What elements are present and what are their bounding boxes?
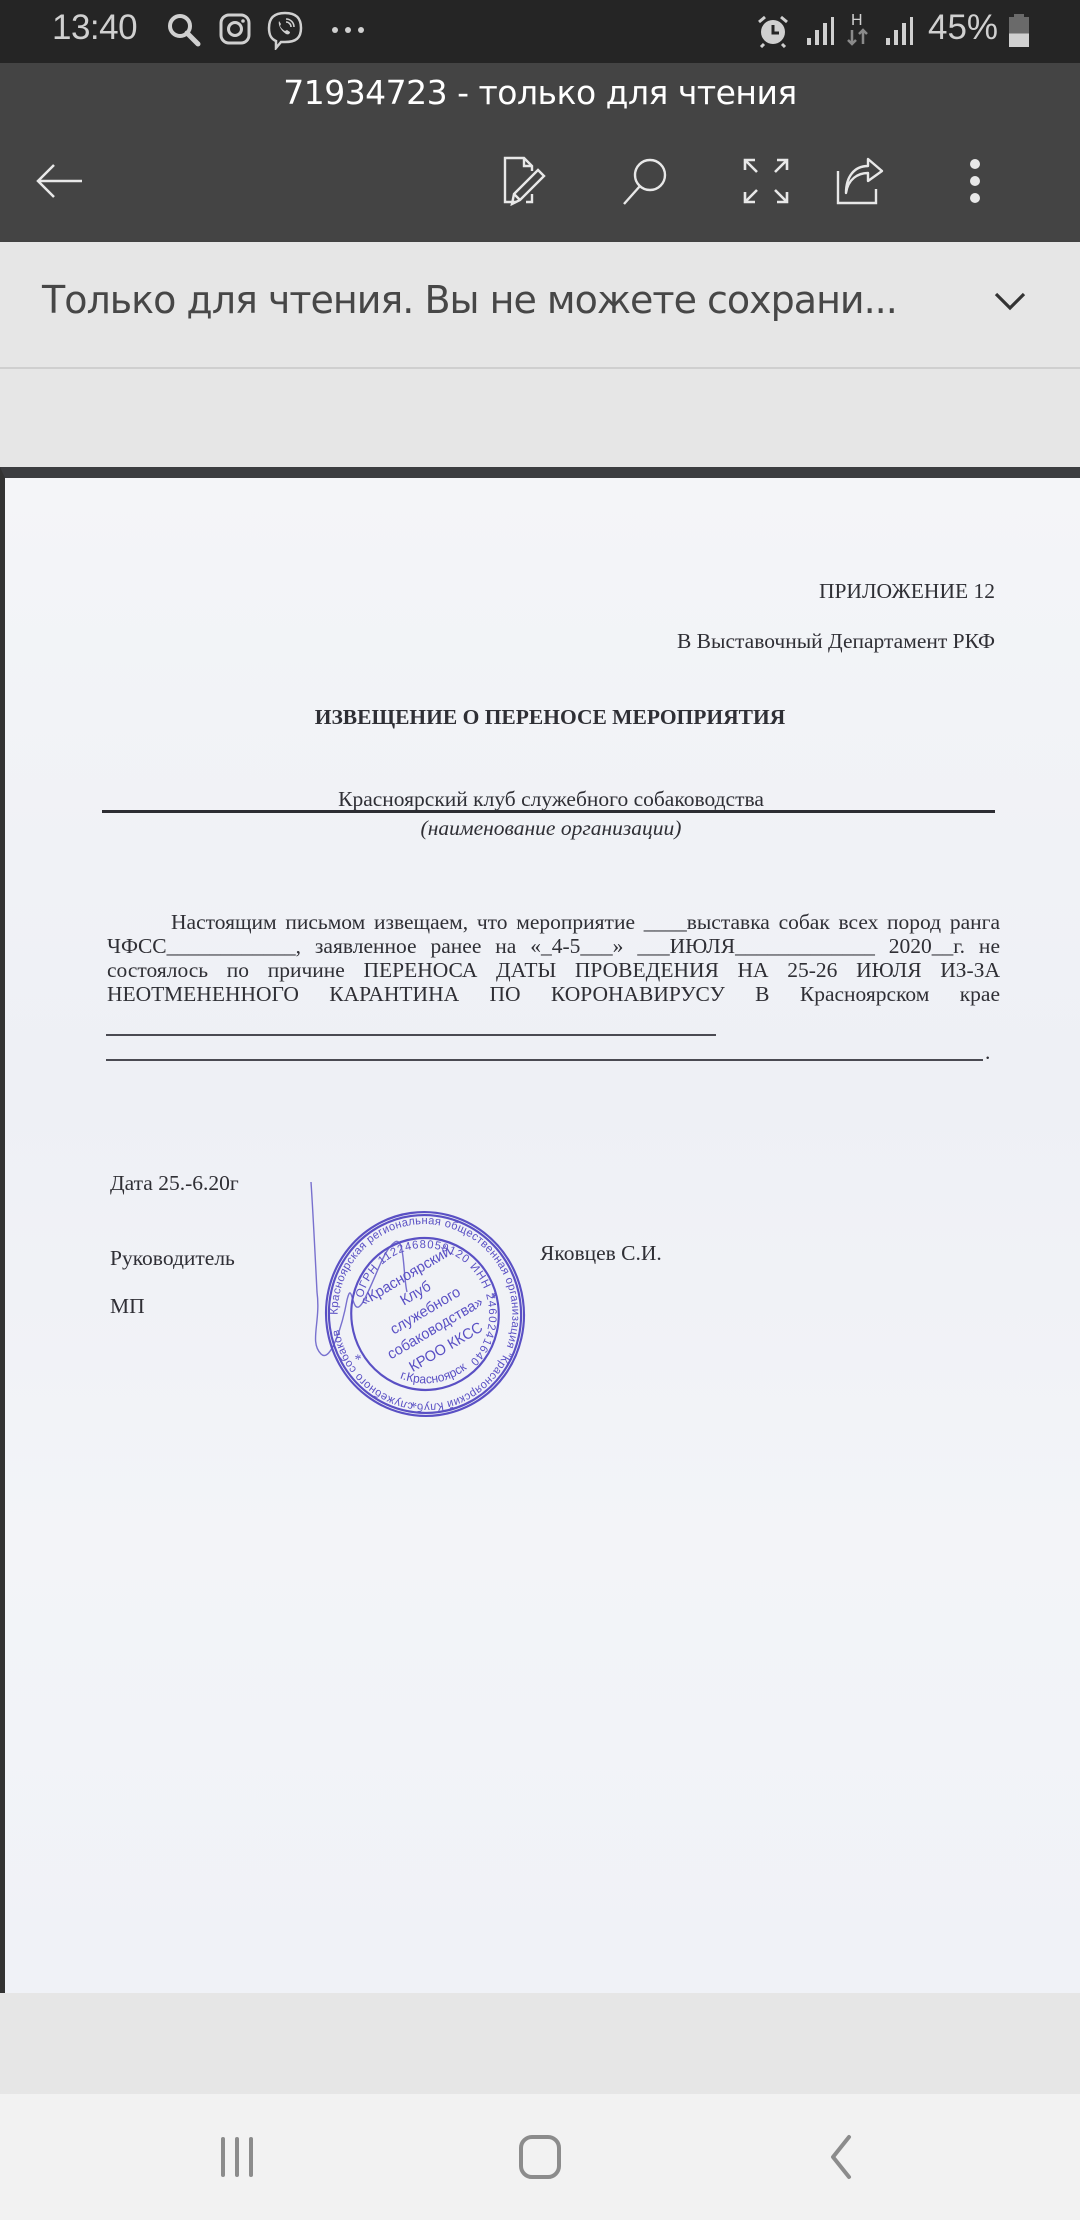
signal-icon (884, 16, 914, 51)
document-page: ПРИЛОЖЕНИЕ 12 В Выставочный Департамент … (0, 467, 1080, 1993)
more-options-button[interactable] (945, 153, 1005, 213)
back-chevron-icon (827, 2134, 857, 2185)
back-button[interactable] (30, 153, 90, 213)
viber-icon (266, 10, 304, 55)
blank-line (106, 1059, 983, 1061)
svg-text:H: H (851, 12, 863, 29)
back-arrow-icon (34, 161, 86, 206)
instagram-icon (218, 12, 252, 51)
home-icon (518, 2134, 562, 2185)
status-bar: 13:40 H 45% (0, 0, 1080, 63)
head-name: Яковцев С.И. (540, 1241, 662, 1266)
organization-name: Красноярский клуб служебного собаководст… (5, 787, 1080, 812)
seal-label: МП (110, 1294, 145, 1319)
share-button[interactable] (831, 153, 891, 213)
head-label: Руководитель (110, 1246, 235, 1271)
paragraph-line: состоялось по причине ПЕРЕНОСА ДАТЫ ПРОВ… (107, 958, 1000, 982)
organization-underline (102, 810, 995, 813)
more-notifications-icon (330, 14, 370, 49)
alarm-icon (756, 14, 790, 53)
recents-icon (217, 2135, 257, 2184)
blank-line-period: . (985, 1040, 990, 1065)
chevron-down-icon[interactable] (990, 282, 1030, 322)
battery-percent: 45% (928, 8, 998, 48)
battery-icon (1008, 14, 1030, 53)
appendix-label: ПРИЛОЖЕНИЕ 12 (819, 579, 995, 604)
app-toolbar: 71934723 - только для чтения (0, 63, 1080, 242)
document-viewport[interactable]: ПРИЛОЖЕНИЕ 12 В Выставочный Департамент … (0, 369, 1080, 2094)
status-time: 13:40 (52, 8, 137, 48)
paragraph-line: ЧФСС____________, заявленное ранее на «_… (107, 934, 1000, 958)
share-icon (836, 157, 886, 210)
fullscreen-button[interactable] (736, 153, 796, 213)
edit-button[interactable] (495, 153, 555, 213)
paragraph-line: Настоящим письмом извещаем, что мероприя… (107, 910, 1000, 934)
addressee: В Выставочный Департамент РКФ (677, 629, 995, 654)
system-back-button[interactable] (802, 2124, 882, 2194)
notice-title: ИЗВЕЩЕНИЕ О ПЕРЕНОСЕ МЕРОПРИЯТИЯ (5, 705, 1080, 730)
search-icon (620, 156, 670, 211)
notice-paragraph: Настоящим письмом извещаем, что мероприя… (107, 910, 1000, 1006)
recents-button[interactable] (197, 2124, 277, 2194)
more-vertical-icon (968, 158, 982, 209)
fullscreen-icon (743, 158, 789, 209)
date-label: Дата 25.-6.20г (110, 1171, 239, 1196)
data-h-icon: H (846, 10, 870, 53)
organization-stamp: Красноярская региональная общественная о… (315, 1204, 535, 1424)
system-nav-bar (0, 2094, 1080, 2220)
paragraph-line: НЕОТМЕНЕННОГО КАРАНТИНА ПО КОРОНАВИРУСУ … (107, 982, 1000, 1006)
signal-icon (805, 16, 835, 51)
read-only-message: Только для чтения. Вы не можете сохрани.… (42, 278, 897, 322)
home-button[interactable] (500, 2124, 580, 2194)
blank-line (106, 1034, 716, 1036)
document-title: 71934723 - только для чтения (0, 73, 1080, 112)
read-only-banner[interactable]: Только для чтения. Вы не можете сохрани.… (0, 242, 1080, 369)
organization-caption: (наименование организации) (5, 816, 1080, 841)
search-icon (166, 12, 202, 53)
edit-document-icon (502, 156, 548, 211)
search-button[interactable] (615, 153, 675, 213)
